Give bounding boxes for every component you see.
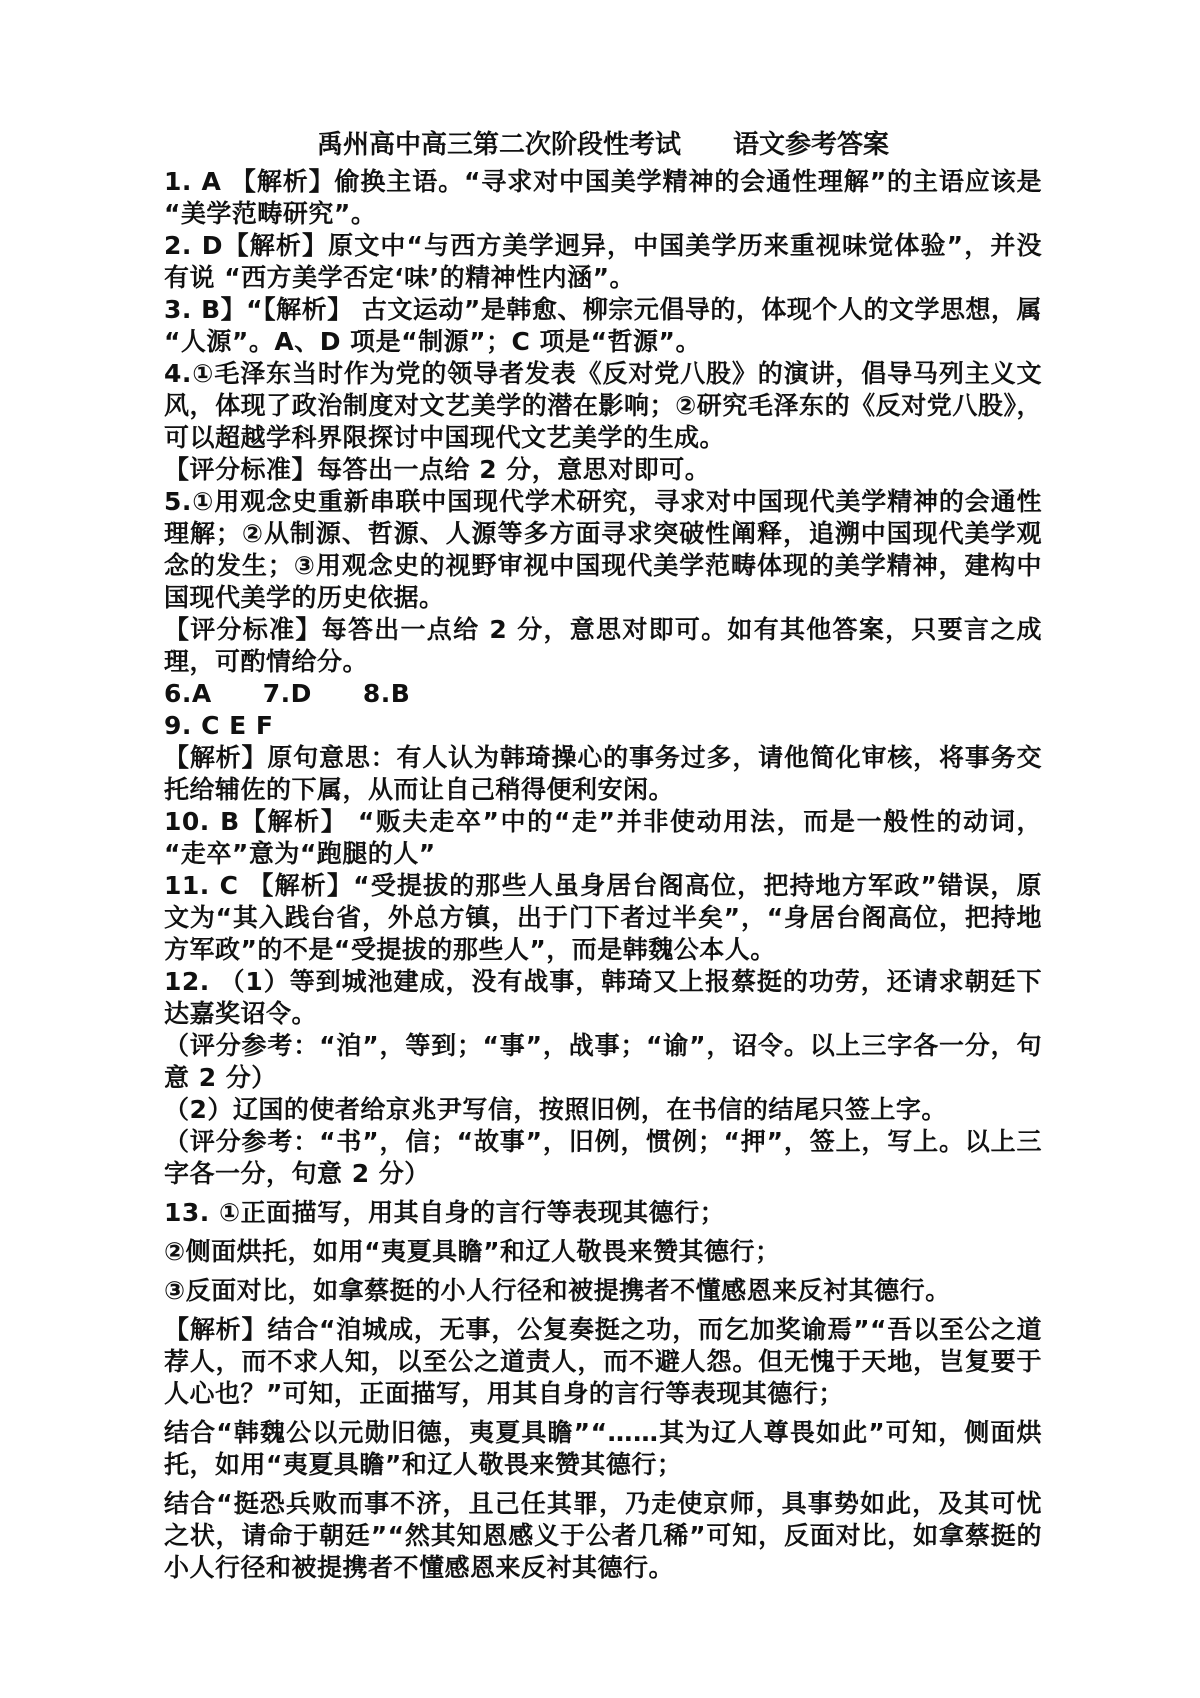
answer-item-10: 10. B【解析】 “贩夫走卒”中的“走”并非使动用法，而是一般性的动词，“走卒… [164, 806, 1042, 870]
answer-item-13-point3: ③反面对比，如拿蔡挺的小人行径和被提携者不懂感恩来反衬其德行。 [164, 1275, 1042, 1307]
document-page: 禹州高中高三第二次阶段性考试 语文参考答案 1. A 【解析】偷换主语。“寻求对… [0, 0, 1200, 1698]
answer-item-4: 4.①毛泽东当时作为党的领导者发表《反对党八股》的演讲，倡导马列主义文风，体现了… [164, 358, 1042, 454]
answer-item-13-point2: ②侧面烘托，如用“夷夏具瞻”和辽人敬畏来赞其德行； [164, 1236, 1042, 1268]
answer-item-9: 9. C E F [164, 710, 1042, 742]
answer-items-6-7-8: 6.A 7.D 8.B [164, 678, 1042, 710]
answer-item-12-part1: 12. （1）等到城池建成，没有战事，韩琦又上报蔡挺的功劳，还请求朝廷下达嘉奖诏… [164, 966, 1042, 1030]
page-title: 禹州高中高三第二次阶段性考试 语文参考答案 [164, 128, 1042, 162]
answer-item-13-point1: 13. ①正面描写，用其自身的言行等表现其德行； [164, 1197, 1042, 1229]
answer-item-1: 1. A 【解析】偷换主语。“寻求对中国美学精神的会通性理解”的主语应该是“美学… [164, 166, 1042, 230]
scoring-standard-5: 【评分标准】每答出一点给 2 分，意思对即可。如有其他答案，只要言之成理，可酌情… [164, 614, 1042, 678]
document-body: 1. A 【解析】偷换主语。“寻求对中国美学精神的会通性理解”的主语应该是“美学… [164, 166, 1042, 1584]
scoring-ref-12-part2: （评分参考：“书”，信；“故事”，旧例，惯例；“押”，签上，写上。以上三字各一分… [164, 1126, 1042, 1190]
answer-item-5: 5.①用观念史重新串联中国现代学术研究，寻求对中国现代美学精神的会通性理解；②从… [164, 486, 1042, 614]
analysis-13-part2: 结合“韩魏公以元勋旧德，夷夏具瞻”“……其为辽人尊畏如此”可知，侧面烘托，如用“… [164, 1417, 1042, 1481]
answer-item-3: 3. B】“【解析】 古文运动”是韩愈、柳宗元倡导的，体现个人的文学思想，属“人… [164, 294, 1042, 358]
answer-item-11: 11. C 【解析】“受提拔的那些人虽身居台阁高位，把持地方军政”错误，原文为“… [164, 870, 1042, 966]
analysis-13-part1: 【解析】结合“洎城成，无事，公复奏挺之功，而乞加奖谕焉”“吾以至公之道荐人，而不… [164, 1314, 1042, 1410]
scoring-ref-12-part1: （评分参考：“洎”，等到；“事”，战事；“谕”，诏令。以上三字各一分，句意 2 … [164, 1030, 1042, 1094]
answer-item-12-part2: （2）辽国的使者给京兆尹写信，按照旧例，在书信的结尾只签上字。 [164, 1094, 1042, 1126]
analysis-13-part3: 结合“挺恐兵败而事不济，且己任其罪，乃走使京师，具事势如此，及其可忧之状，请命于… [164, 1488, 1042, 1584]
answer-item-2: 2. D【解析】原文中“与西方美学迥异，中国美学历来重视味觉体验”，并没有说 “… [164, 230, 1042, 294]
analysis-9: 【解析】原句意思：有人认为韩琦操心的事务过多，请他简化审核，将事务交托给辅佐的下… [164, 742, 1042, 806]
scoring-standard-4: 【评分标准】每答出一点给 2 分，意思对即可。 [164, 454, 1042, 486]
